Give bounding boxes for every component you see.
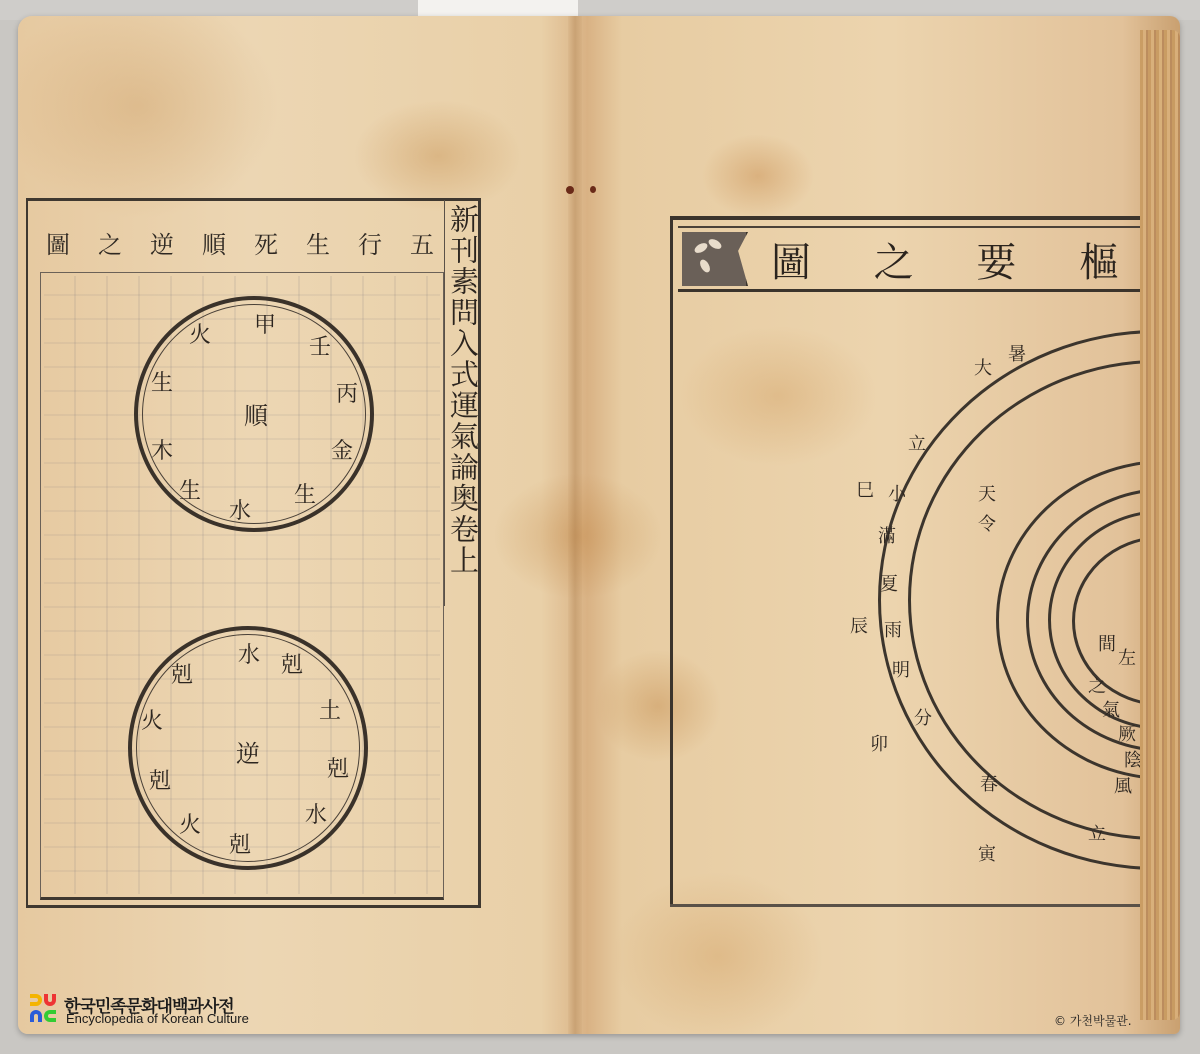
- ring-char: 剋: [277, 651, 307, 681]
- book-spine: [568, 16, 582, 1034]
- ring-text: 暑: [1008, 340, 1026, 366]
- ring-text: 天: [978, 480, 996, 506]
- watermark-english: Encyclopedia of Korean Culture: [66, 1011, 249, 1026]
- side-column-title: 新刊素問入式運氣論奥卷上: [446, 204, 480, 576]
- ring-text: 明: [892, 656, 910, 682]
- ring-text: 氣: [1102, 696, 1120, 722]
- right-frame-bottom-rule: [670, 904, 1140, 907]
- ring-text: 夏: [880, 570, 898, 596]
- title-char: 逆: [144, 225, 180, 260]
- ring-char: 水: [225, 497, 255, 527]
- branch-label: 辰: [850, 612, 868, 638]
- circle-center-char: 順: [244, 396, 268, 431]
- title-char: 行: [352, 225, 388, 260]
- ring-char: 剋: [323, 755, 353, 785]
- title-char: 死: [248, 225, 284, 260]
- circle-center-char: 逆: [236, 734, 260, 769]
- ring-char: 丙: [332, 380, 362, 410]
- ring-text: 小: [888, 480, 906, 506]
- right-frame-left-rule: [670, 216, 673, 906]
- left-page-title: 圖 之 逆 順 死 生 行 五: [40, 222, 440, 262]
- ring-text: 立: [908, 430, 926, 456]
- ring-text: 分: [914, 704, 932, 730]
- right-page-title: 圖 之 要 樞: [760, 232, 1130, 286]
- ring-char: 火: [175, 811, 205, 841]
- ring-char: 水: [234, 641, 264, 671]
- branch-label: 巳: [856, 476, 874, 502]
- pivot-diagram: 大 暑 立 小 滿 夏 雨 明 分 春 立 天 令 厥 陰 風 氣 之 間 左 …: [678, 300, 1140, 900]
- ring-char: 剋: [167, 661, 197, 691]
- ring-text: 左: [1118, 644, 1136, 670]
- page-edges: [1140, 30, 1180, 1020]
- ring-text: 陰: [1124, 746, 1140, 772]
- ring-char: 火: [137, 707, 167, 737]
- ring-char: 甲: [250, 311, 280, 341]
- title-char: 之: [869, 231, 919, 288]
- ring-char: 木: [147, 437, 177, 467]
- title-char: 樞: [1074, 231, 1124, 288]
- ring-char: 土: [315, 697, 345, 727]
- title-char: 五: [404, 225, 440, 260]
- right-frame-top-rule: [670, 216, 1140, 220]
- title-char: 圖: [40, 225, 76, 260]
- ink-spot: [566, 186, 574, 194]
- ring-char: 生: [147, 369, 177, 399]
- title-char: 順: [196, 225, 232, 260]
- ring-text: 春: [980, 770, 998, 796]
- title-char: 生: [300, 225, 336, 260]
- ring-char: 剋: [225, 831, 255, 861]
- ring-text: 令: [978, 510, 996, 536]
- ring-char: 生: [290, 481, 320, 511]
- branch-label: 卯: [870, 730, 888, 756]
- ring-char: 金: [327, 437, 357, 467]
- ring-text: 雨: [884, 616, 902, 642]
- branch-label: 寅: [978, 840, 996, 866]
- ring-text: 滿: [878, 522, 896, 548]
- encyclopedia-logo-icon: [30, 994, 58, 1024]
- title-char: 要: [971, 231, 1021, 288]
- title-char: 之: [92, 225, 128, 260]
- ring-char: 水: [301, 801, 331, 831]
- ring-text: 之: [1088, 672, 1106, 698]
- ring-char: 火: [185, 321, 215, 351]
- copyright-notice: © 가천박물관.: [1054, 1012, 1132, 1029]
- ring-text: 大: [974, 354, 992, 380]
- ring-char: 壬: [305, 333, 335, 363]
- ring-char: 生: [175, 477, 205, 507]
- ring-text: 厥: [1118, 720, 1136, 746]
- ring-text: 風: [1114, 772, 1132, 798]
- ink-spot: [590, 186, 596, 193]
- title-char: 圖: [766, 231, 816, 288]
- ring-text: 間: [1098, 630, 1116, 656]
- ring-char: 剋: [145, 767, 175, 797]
- ring-text: 立: [1088, 820, 1106, 846]
